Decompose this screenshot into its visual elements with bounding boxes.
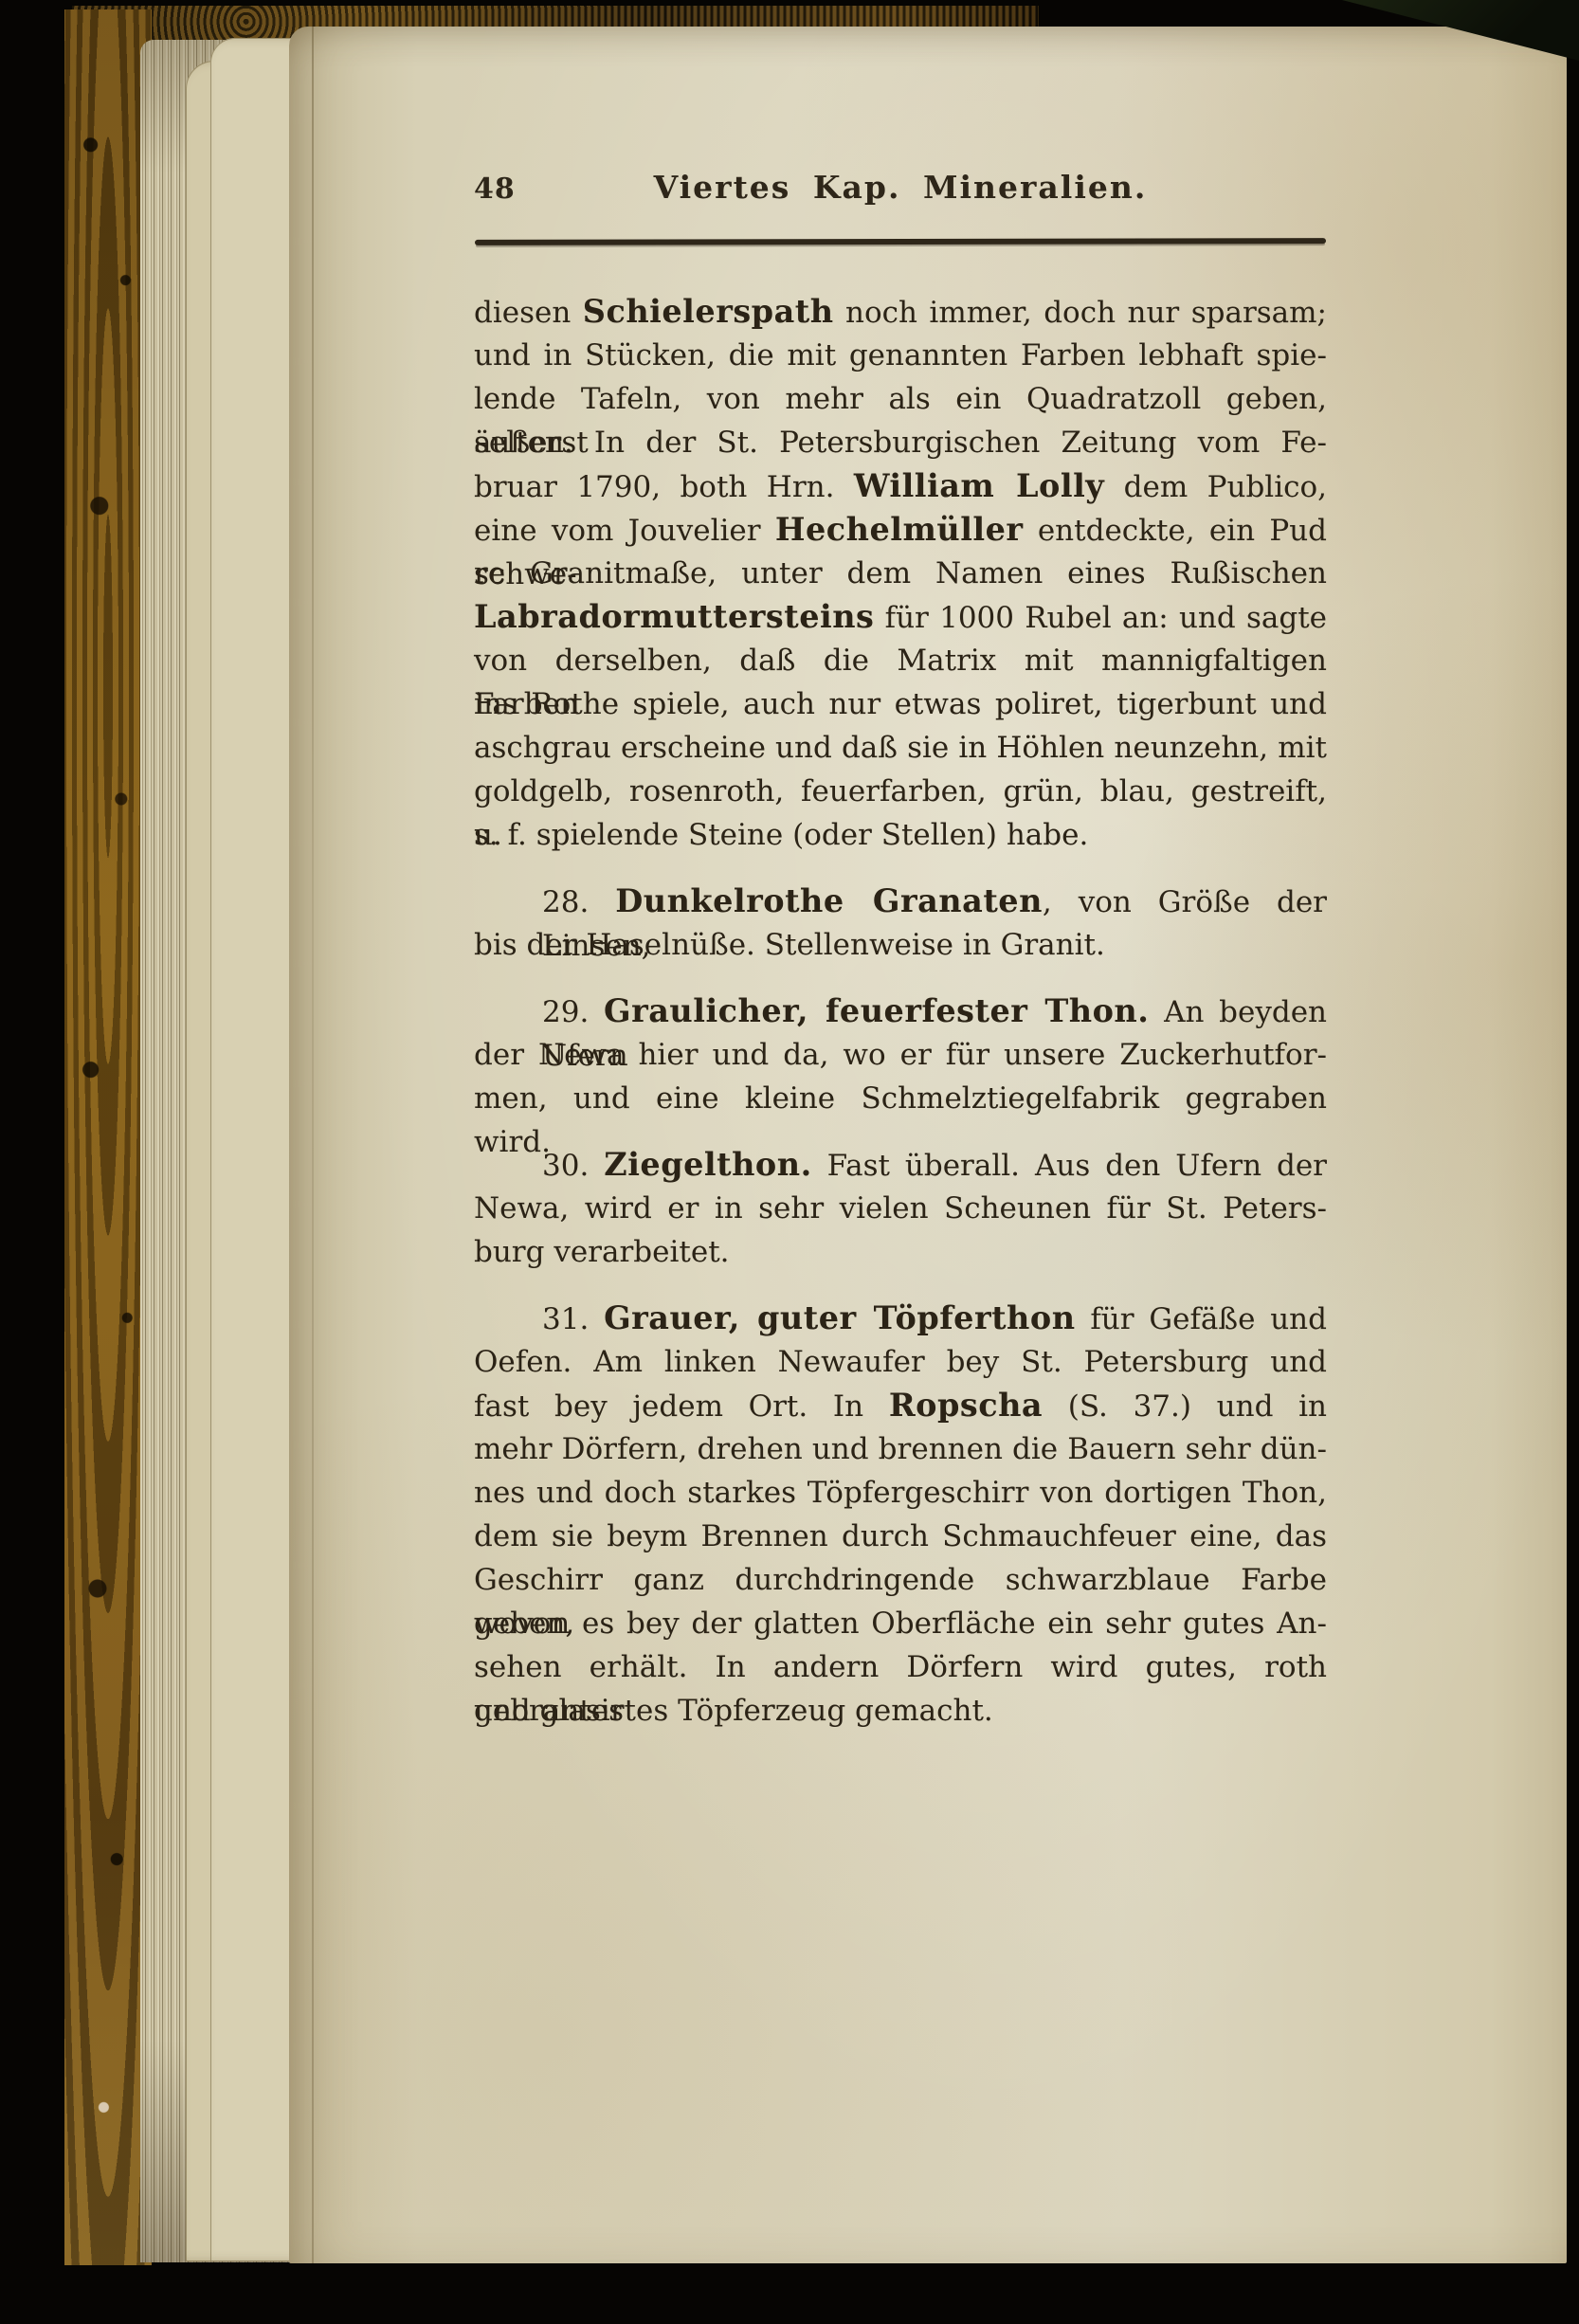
text-line: Newa, wird er in sehr vielen Scheunen fü… [474, 1187, 1327, 1230]
text-line: 28. Dunkelrothe Granaten, von Größe der … [474, 880, 1327, 923]
page-number: 48 [474, 172, 516, 206]
text-line: ins Rothe spiele, auch nur etwas poliret… [474, 682, 1327, 726]
paragraph: 30. Ziegelthon. Fast überall. Aus den Uf… [474, 1143, 1327, 1274]
text-line: s. f. spielende Steine (oder Stellen) ha… [474, 813, 1327, 857]
text-line: men, und eine kleine Schmelztiegelfabrik… [474, 1077, 1327, 1120]
scanned-book-photo: 48 Viertes Kap. Mineralien. diesen Schie… [0, 0, 1579, 2324]
marbled-cover-edge [64, 9, 152, 2265]
text-line: und in Stücken, die mit genannten Farben… [474, 334, 1327, 377]
text-line: und glasirtes Töpferzeug gemacht. [474, 1689, 1327, 1733]
text-line: lende Tafeln, von mehr als ein Quadratzo… [474, 377, 1327, 421]
paragraph: 28. Dunkelrothe Granaten, von Größe der … [474, 880, 1327, 967]
text-line: eine vom Jouvelier Hechelmüller entdeckt… [474, 508, 1327, 552]
body-text: diesen Schielerspath noch immer, doch nu… [474, 290, 1327, 1733]
page-header: 48 Viertes Kap. Mineralien. [474, 169, 1327, 216]
text-line: nes und doch starkes Töpfergeschirr von … [474, 1471, 1327, 1515]
text-line: sehen erhält. In andern Dörfern wird gut… [474, 1645, 1327, 1689]
text-line: 29. Graulicher, feuerfester Thon. An bey… [474, 990, 1327, 1033]
text-line: burg verarbeitet. [474, 1230, 1327, 1274]
text-line: Labradormuttersteins für 1000 Rubel an: … [474, 595, 1327, 639]
text-line: 31. Grauer, guter Töpferthon für Gefäße … [474, 1297, 1327, 1340]
text-line: goldgelb, rosenroth, feuerfarben, grün, … [474, 770, 1327, 813]
text-line: aschgrau erscheine und daß sie in Höhlen… [474, 726, 1327, 770]
text-line: re Granitmaße, unter dem Namen eines Ruß… [474, 552, 1327, 595]
text-line: bis der Haselnüße. Stellenweise in Grani… [474, 923, 1327, 967]
text-line: 30. Ziegelthon. Fast überall. Aus den Uf… [474, 1143, 1327, 1187]
paragraph: diesen Schielerspath noch immer, doch nu… [474, 290, 1327, 857]
text-line: mehr Dörfern, drehen und brennen die Bau… [474, 1427, 1327, 1471]
text-line: der Newa hier und da, wo er für unsere Z… [474, 1033, 1327, 1077]
text-line: dem sie beym Brennen durch Schmauchfeuer… [474, 1515, 1327, 1558]
text-line: Geschirr ganz durchdringende schwarzblau… [474, 1558, 1327, 1602]
text-line: diesen Schielerspath noch immer, doch nu… [474, 290, 1327, 334]
text-line: wovon es bey der glatten Oberfläche ein … [474, 1602, 1327, 1645]
text-line: selten. In der St. Petersburgischen Zeit… [474, 421, 1327, 464]
text-line: Oefen. Am linken Newaufer bey St. Peters… [474, 1340, 1327, 1384]
running-header: Viertes Kap. Mineralien. [474, 169, 1327, 206]
book-page: 48 Viertes Kap. Mineralien. diesen Schie… [289, 27, 1567, 2263]
paragraph: 31. Grauer, guter Töpferthon für Gefäße … [474, 1297, 1327, 1733]
paragraph: 29. Graulicher, feuerfester Thon. An bey… [474, 990, 1327, 1120]
text-line: von derselben, daß die Matrix mit mannig… [474, 639, 1327, 682]
text-line: bruar 1790, both Hrn. William Lolly dem … [474, 464, 1327, 508]
text-line: fast bey jedem Ort. In Ropscha (S. 37.) … [474, 1384, 1327, 1427]
header-rule [475, 238, 1326, 245]
